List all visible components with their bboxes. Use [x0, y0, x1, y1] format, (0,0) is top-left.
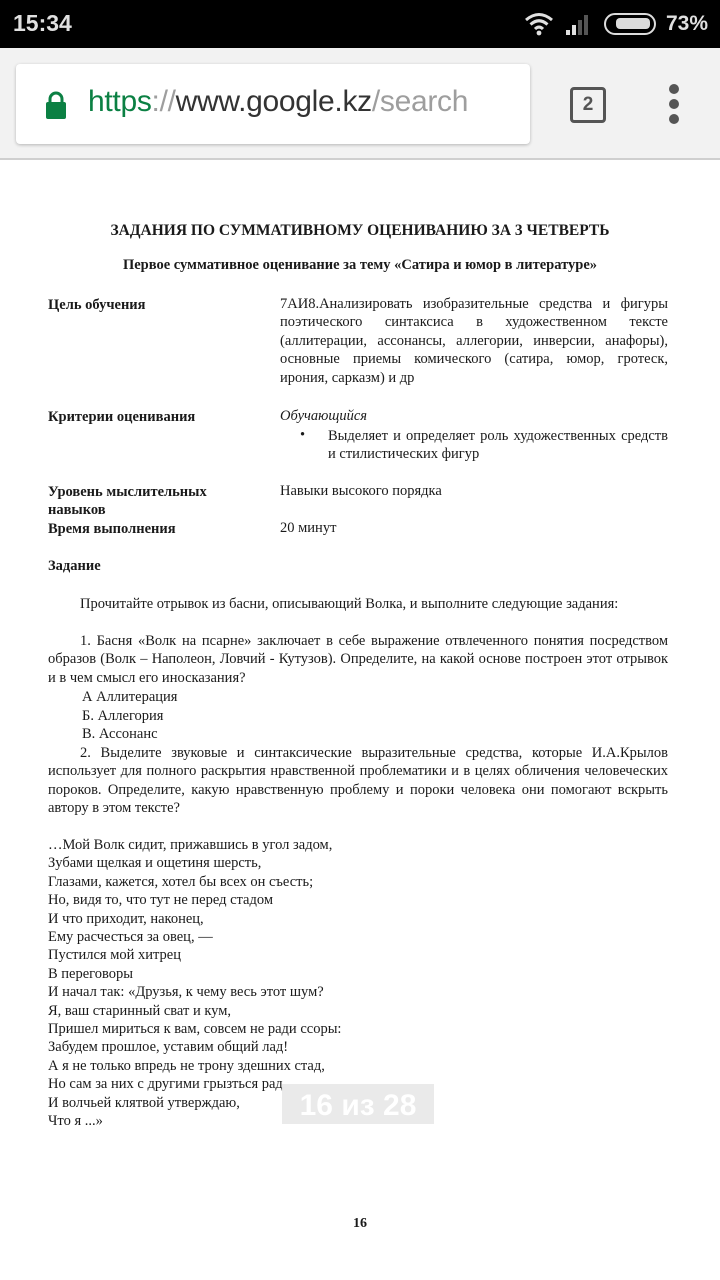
- poem-line: А я не только впредь не трону здешних ст…: [48, 1057, 341, 1075]
- time-label: Время выполнения: [48, 520, 248, 538]
- browser-toolbar: https://www.google.kz/search 2: [0, 48, 720, 160]
- poem-line: Глазами, кажется, хотел бы всех он съест…: [48, 873, 341, 891]
- battery-icon: [604, 13, 656, 35]
- task-intro: Прочитайте отрывок из басни, описывающий…: [48, 595, 668, 613]
- page-number: 16: [0, 1216, 720, 1232]
- poem-line: И начал так: «Друзья, к чему весь этот ш…: [48, 983, 341, 1001]
- poem-line: Пустился мой хитрец: [48, 946, 341, 964]
- wifi-icon: [524, 12, 554, 36]
- task-heading: Задание: [48, 558, 101, 575]
- bullet-icon: •: [300, 427, 305, 444]
- status-time: 15:34: [13, 10, 72, 37]
- battery-percent: 73%: [666, 12, 708, 36]
- poem-line: …Мой Волк сидит, прижавшись в угол задом…: [48, 836, 341, 854]
- status-icons: 73%: [524, 10, 708, 38]
- criteria-bullet: Выделяет и определяет роль художественны…: [328, 427, 668, 464]
- status-bar: 15:34 73%: [0, 0, 720, 48]
- url-bar[interactable]: https://www.google.kz/search: [16, 64, 530, 144]
- skills-label: Уровень мыслительных навыков: [48, 483, 248, 519]
- objective-label: Цель обучения: [48, 296, 248, 314]
- url-path: /search: [372, 85, 468, 118]
- tab-switcher-button[interactable]: 2: [570, 87, 606, 123]
- option-c: В. Ассонанс: [82, 725, 158, 743]
- time-value: 20 минут: [280, 519, 668, 537]
- option-b: Б. Аллегория: [82, 707, 163, 725]
- document-subtitle: Первое суммативное оценивание за тему «С…: [0, 257, 720, 274]
- objective-value: 7АИ8.Анализировать изобразительные средс…: [280, 295, 668, 387]
- document-title: ЗАДАНИЯ ПО СУММАТИВНОМУ ОЦЕНИВАНИЮ ЗА 3 …: [0, 222, 720, 240]
- criteria-learner: Обучающийся: [280, 407, 668, 425]
- criteria-label: Критерии оценивания: [48, 408, 248, 426]
- url-scheme: https: [88, 85, 152, 118]
- question-2: 2. Выделите звуковые и синтаксические вы…: [48, 744, 668, 818]
- url-text[interactable]: https://www.google.kz/search: [88, 85, 468, 119]
- poem-line: Ему расчесться за овец, —: [48, 928, 341, 946]
- question-1: 1. Басня «Волк на псарне» заключает в се…: [48, 632, 668, 687]
- poem-line: Но, видя то, что тут не перед стадом: [48, 891, 341, 909]
- url-separator: ://: [152, 85, 176, 118]
- signal-icon: [564, 12, 594, 36]
- url-host: www.google.kz: [176, 85, 372, 118]
- poem-line: Забудем прошлое, уставим общий лад!: [48, 1038, 341, 1056]
- lock-icon: [45, 90, 67, 120]
- option-a: А Аллитерация: [82, 688, 177, 706]
- poem-line: Я, ваш старинный сват и кум,: [48, 1002, 341, 1020]
- more-vert-icon[interactable]: [662, 84, 686, 128]
- page-indicator: 16 из 28: [282, 1084, 434, 1124]
- poem-line: Пришел мириться к вам, совсем не ради сс…: [48, 1020, 341, 1038]
- poem-line: Зубами щелкая и ощетиня шерсть,: [48, 854, 341, 872]
- poem-line: В переговоры: [48, 965, 341, 983]
- poem-line: И что приходит, наконец,: [48, 910, 341, 928]
- skills-value: Навыки высокого порядка: [280, 482, 668, 500]
